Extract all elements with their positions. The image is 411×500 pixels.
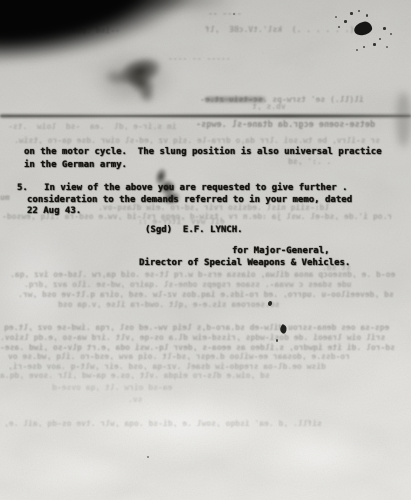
paper-grain-texture <box>0 0 411 500</box>
document-photo: 601---- --(. . . . . .) ksl'.tV.cBE ,lf-… <box>0 0 411 500</box>
